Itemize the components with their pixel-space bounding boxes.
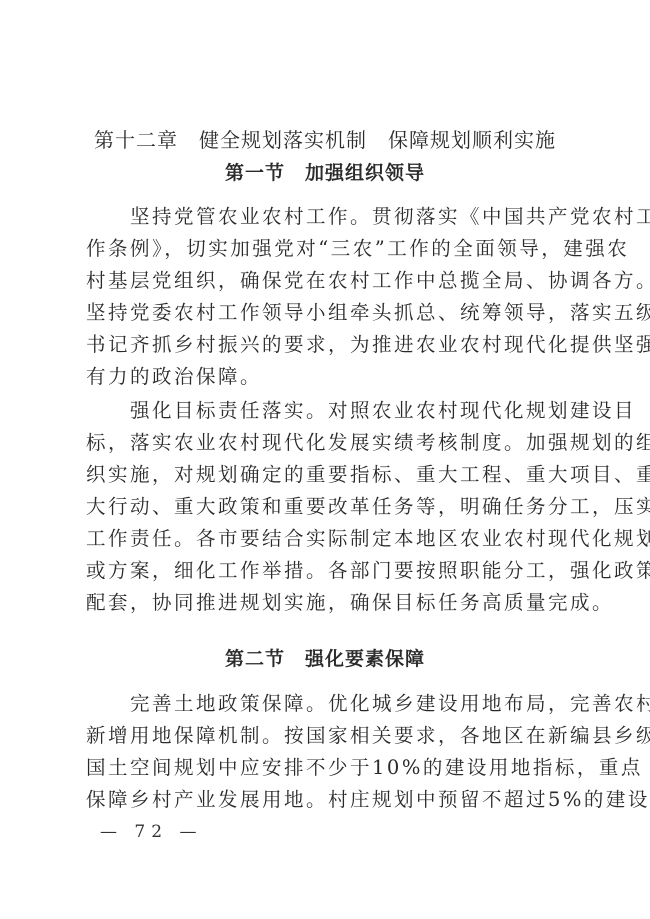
paragraph-line: 书记齐抓乡村振兴的要求，为推进农业农村现代化提供坚强	[86, 329, 568, 361]
paragraph-line: 新增用地保障机制。按国家相关要求，各地区在新编县乡级	[86, 720, 568, 752]
paragraph-line: 织实施，对规划确定的重要指标、重大工程、重大项目、重	[86, 459, 568, 491]
paragraph-line: 有力的政治保障。	[86, 361, 568, 393]
paragraph-line: 坚持党管农业农村工作。贯彻落实《中国共产党农村工	[130, 201, 568, 233]
paragraph-line: 工作责任。各市要结合实际制定本地区农业农村现代化规划	[86, 523, 568, 555]
paragraph-line: 作条例》，切实加强党对“三农”工作的全面领导，建强农	[86, 233, 568, 265]
section-title-1: 第一节 加强组织领导	[0, 158, 650, 185]
paragraph-line: 村基层党组织，确保党在农村工作中总揽全局、协调各方。	[86, 265, 568, 297]
paragraph-line: 保障乡村产业发展用地。村庄规划中预留不超过5%的建设	[86, 784, 568, 816]
paragraph-line: 或方案，细化工作举措。各部门要按照职能分工，强化政策	[86, 555, 568, 587]
paragraph-line: 完善土地政策保障。优化城乡建设用地布局，完善农村	[130, 688, 568, 720]
paragraph-line: 强化目标责任落实。对照农业农村现代化规划建设目	[130, 395, 568, 427]
page-number: — 72 —	[100, 822, 202, 842]
section-title-2: 第二节 强化要素保障	[0, 644, 650, 671]
paragraph-line: 大行动、重大政策和重要改革任务等，明确任务分工，压实	[86, 491, 568, 523]
paragraph-line: 坚持党委农村工作领导小组牵头抓总、统筹领导，落实五级	[86, 297, 568, 329]
paragraph-line: 配套，协同推进规划实施，确保目标任务高质量完成。	[86, 587, 568, 619]
chapter-title: 第十二章 健全规划落实机制 保障规划顺利实施	[0, 124, 650, 153]
paragraph-line: 国土空间规划中应安排不少于10%的建设用地指标，重点	[86, 752, 568, 784]
paragraph-line: 标，落实农业农村现代化发展实绩考核制度。加强规划的组	[86, 427, 568, 459]
